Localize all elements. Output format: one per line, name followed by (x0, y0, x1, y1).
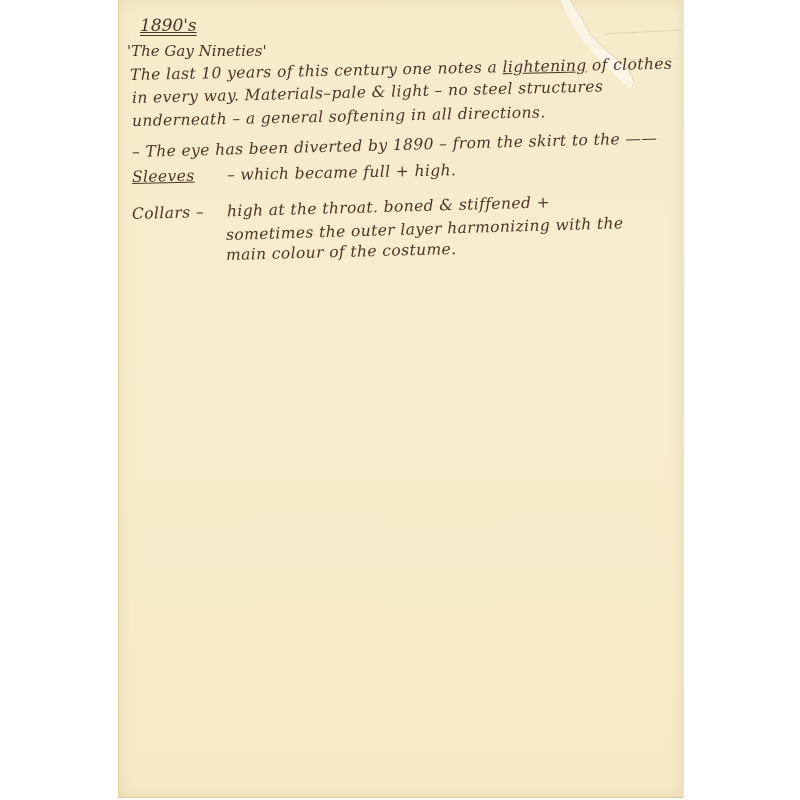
note-heading: 1890's (140, 16, 197, 36)
note-subtitle: 'The Gay Nineties' (127, 42, 267, 60)
sleeves-label: Sleeves (132, 166, 227, 186)
emphasis-lightening: lightening (502, 56, 586, 76)
collars-label: Collars – (132, 202, 227, 223)
torn-corner (560, 0, 682, 90)
scan-canvas: 1890's 'The Gay Nineties' The last 10 ye… (0, 0, 800, 800)
paragraph1-line1-post: of clothes (586, 55, 672, 75)
